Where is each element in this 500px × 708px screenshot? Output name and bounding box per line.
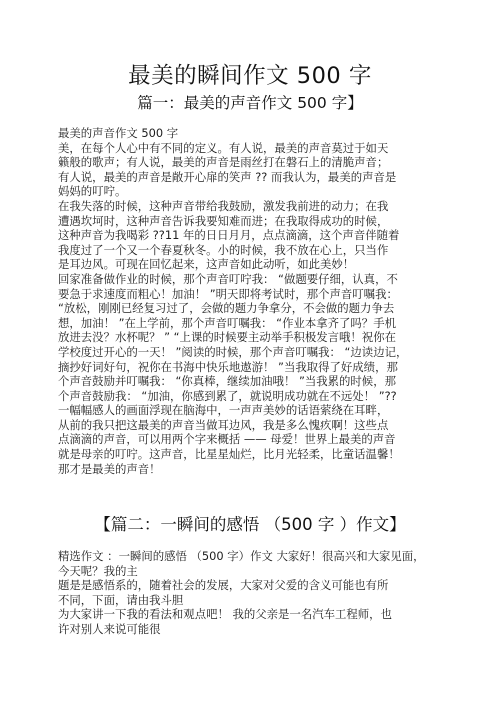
text-line: 回家准备做作业的时候，那个声音叮咛我： “做题要仔细，认真，不 xyxy=(58,272,478,287)
text-line: 籁般的歌声；有人说，最美的声音是雨丝打在磐石上的清脆声音； xyxy=(58,155,478,170)
text-line: 有人说，最美的声音是敞开心扉的笑声 ?? 而我认为，最美的声音是 xyxy=(58,170,478,185)
text-line: 就是母亲的叮咛。这声音，比星星灿烂，比月光轻柔，比童话温馨！ xyxy=(58,447,478,462)
section2-body: 精选作文 ：一瞬间的感悟 （500 字）作文 大家好！很高兴和大家见面， 今天呢… xyxy=(58,549,478,637)
text-line: 个声音鼓励并叮嘱我： “你真棒，继续加油哦！ ”当我累的时候，那 xyxy=(58,374,478,389)
text-line: 为大家讲一下我的看法和观点吧！ 我的父亲是一名汽车工程师，也 xyxy=(58,607,478,622)
text-line: 妈妈的叮咛。 xyxy=(58,184,478,199)
text-line: 最美的声音作文 500 字 xyxy=(58,126,478,141)
text-line: 许对别人来说可能很 xyxy=(58,622,478,637)
text-line: 那才是最美的声音！ xyxy=(58,462,478,477)
text-line: 不同，下面，请由我斗胆 xyxy=(58,593,478,608)
page-title: 最美的瞬间作文 500 字 xyxy=(0,62,500,90)
text-line: 点滴滴的声音，可以用两个字来概括 —— 母爱！世界上最美的声音 xyxy=(58,432,478,447)
text-line: 摘抄好词好句，祝你在书海中快乐地遨游！ ”当我取得了好成绩，那 xyxy=(58,360,478,375)
section1-body: 最美的声音作文 500 字 美，在每个人心中有不同的定义。有人说，最美的声音莫过… xyxy=(58,126,478,476)
text-line: 从前的我只把这最美的声音当做耳边风，我是多么愧疚啊！这些点 xyxy=(58,418,478,433)
text-line: 这种声音为我喝彩 ??11 年的日日月月，点点滴滴，这个声音伴随着 xyxy=(58,228,478,243)
section2-title: 【篇二：一瞬间的感悟 （500 字 ）作文】 xyxy=(0,514,500,536)
text-line: 题是是感悟系的，随着社会的发展，大家对父爱的含义可能也有所 xyxy=(58,578,478,593)
text-line: 是耳边风。可现在回忆起来，这声音如此动听，如此美妙！ xyxy=(58,257,478,272)
section1-title: 篇一：最美的声音作文 500 字】 xyxy=(0,93,500,113)
text-line: 放进去没？水杯呢？ ” “上课的时候要主动举手积极发言哦！祝你在 xyxy=(58,330,478,345)
text-line: 美，在每个人心中有不同的定义。有人说，最美的声音莫过于如天 xyxy=(58,141,478,156)
text-line: 一幅幅感人的画面浮现在脑海中，一声声美妙的话语萦绕在耳畔， xyxy=(58,403,478,418)
text-line: 要急于求速度而粗心！加油！ ”明天即将考试时，那个声音叮嘱我： xyxy=(58,287,478,302)
text-line: 想，加油！ ”在上学前，那个声音叮嘱我： “作业本拿齐了吗？手机 xyxy=(58,316,478,331)
text-line: 遭遇坎坷时，这种声音告诉我要知难而进；在我取得成功的时候， xyxy=(58,214,478,229)
text-line: 今天呢？我的主 xyxy=(58,564,478,579)
text-line: 精选作文 ：一瞬间的感悟 （500 字）作文 大家好！很高兴和大家见面， xyxy=(58,549,478,564)
text-line: 学校度过开心的一天！ ”阅读的时候，那个声音叮嘱我： “边读边记， xyxy=(58,345,478,360)
document-page: 最美的瞬间作文 500 字 篇一：最美的声音作文 500 字】 最美的声音作文 … xyxy=(0,0,500,708)
text-line: “放松，刚刚已经复习过了，会做的题力争拿分，不会做的题力争去 xyxy=(58,301,478,316)
text-line: 我度过了一个又一个春夏秋冬。小的时候，我不放在心上，只当作 xyxy=(58,243,478,258)
text-line: 个声音鼓励我： “加油，你感到累了，就说明成功就在不远处！ ”?? xyxy=(58,389,478,404)
text-line: 在我失落的时候，这种声音带给我鼓励，激发我前进的动力；在我 xyxy=(58,199,478,214)
